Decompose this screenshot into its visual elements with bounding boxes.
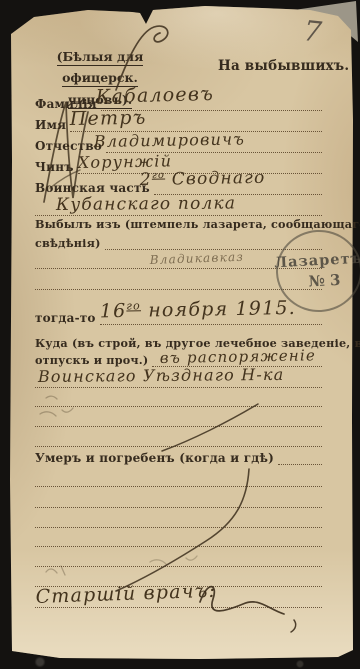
discharge-label-line1: Выбылъ изъ (штемпель лазарета, сообщающа…: [35, 217, 360, 231]
rank-label: Чинъ: [35, 160, 74, 174]
ruled-line: [35, 387, 322, 388]
ruled-line: [35, 486, 322, 487]
scanned-document: 7 (Бѣлыя для офицерск. чиновъ). На выбыв…: [0, 0, 360, 669]
military-unit-value-handwritten: 2го Своднаго: [140, 168, 266, 190]
ruled-line: [35, 507, 322, 508]
military-unit-value-line2-handwritten: Кубанскаго полка: [56, 193, 236, 215]
classification-line1: (Бѣлыя для офицерск.: [57, 49, 144, 87]
surname-value-handwritten: Кабалоевъ: [95, 83, 214, 108]
patronymic-label: Отчество: [35, 139, 102, 153]
destination-label-line2: отпускъ и проч.): [35, 353, 148, 367]
discharge-date-handwritten: 16го ноября 1915.: [100, 297, 297, 323]
discharge-date-label: тогда-то: [35, 311, 96, 325]
military-unit-label: Воинская часть: [35, 181, 150, 195]
first-name-value-handwritten: Петръ: [70, 107, 147, 130]
form-title: На выбывшихъ.: [218, 58, 349, 74]
ruled-line: [35, 446, 322, 447]
ruled-line: [35, 426, 322, 427]
ruled-line: [35, 215, 322, 216]
destination-value-line2-handwritten: Воинскаго Уѣзднаго Н-ка: [38, 365, 285, 386]
ruled-line: [35, 527, 322, 528]
stamp-name: Лазаретъ: [274, 250, 360, 272]
first-name-label: Имя: [35, 118, 66, 132]
page-number-annotation: 7: [302, 14, 323, 49]
ruled-line: [35, 566, 322, 567]
stamp-number: № 3: [308, 271, 341, 291]
destination-value-line1-handwritten: въ распоряженіе: [160, 346, 316, 367]
ruled-line: [35, 546, 322, 547]
ruled-line: [35, 289, 322, 290]
discharge-label-line2: свѣдѣнія): [35, 236, 101, 250]
discharge-label-line2-row: свѣдѣнія): [35, 235, 322, 250]
ruled-line: [35, 406, 322, 407]
death-label: Умеръ и погребенъ (когда и гдѣ): [35, 451, 274, 465]
ruled-line: [35, 607, 322, 608]
ruled-line: [278, 450, 322, 465]
patronymic-value-handwritten: Владимировичъ: [94, 129, 246, 151]
death-label-row: Умеръ и погребенъ (когда и гдѣ): [35, 450, 322, 465]
